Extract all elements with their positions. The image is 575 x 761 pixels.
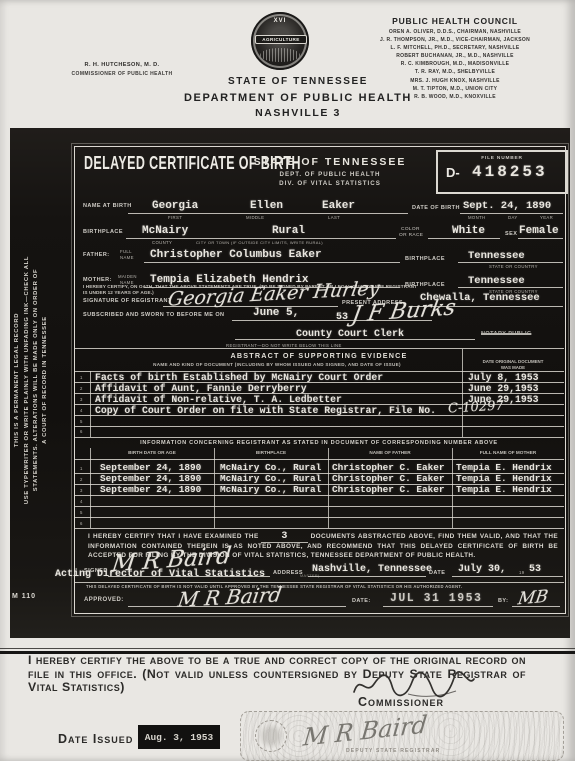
field-label-birthplace: BIRTHPLACE bbox=[83, 229, 123, 235]
rule bbox=[460, 213, 563, 214]
council-member: ROBERT BUCHANAN, JR., M.D., NASHVILLE bbox=[348, 52, 562, 60]
value-sworn-date: June 5, bbox=[253, 307, 299, 319]
rule bbox=[452, 576, 563, 577]
stamp-emblem bbox=[255, 720, 287, 752]
rule bbox=[458, 287, 563, 288]
field-label-sex: SEX bbox=[505, 231, 517, 237]
council-member: J. R. THOMPSON, JR., M.D., VICE-CHAIRMAN… bbox=[348, 36, 562, 44]
info-row-number: 3 bbox=[80, 488, 83, 493]
rule bbox=[428, 238, 500, 239]
approved-date-stamp: JUL 31 1953 bbox=[390, 592, 482, 605]
field-label-approved-date: DATE: bbox=[352, 598, 371, 604]
abstract-col-header-date2: WAS MADE bbox=[462, 365, 564, 370]
value-signed-date: July 30, bbox=[458, 564, 506, 575]
abstract-row-file-number-handwritten: C-10297 bbox=[448, 399, 504, 417]
field-label-mother: MOTHER: bbox=[83, 277, 112, 283]
abstract-row-number: 5 bbox=[80, 419, 83, 424]
field-label-approved-by: BY: bbox=[498, 598, 508, 604]
table-row-rule bbox=[74, 506, 564, 507]
abstract-row-date: June 29,1953 bbox=[468, 383, 539, 394]
margin-notice-line: THIS IS A PERMANENT LEGAL RECORD bbox=[14, 145, 20, 615]
field-label-father: FATHER: bbox=[83, 252, 110, 258]
margin-notice-line: STATEMENTS. ALTERATIONS WILL BE MADE ONL… bbox=[33, 145, 39, 615]
sub-label-full: FULL bbox=[120, 249, 132, 254]
abstract-row-number: 1 bbox=[80, 375, 83, 380]
field-label-date-of-birth: DATE OF BIRTH bbox=[412, 205, 460, 211]
info-col-header-birth: BIRTH DATE OR AGE bbox=[90, 450, 214, 455]
abstract-row-document: Affidavit of Non-relative, T. A. Ledbett… bbox=[95, 394, 342, 405]
council-member: L. F. MITCHELL, PH.D., SECRETARY, NASHVI… bbox=[348, 44, 562, 52]
info-row-birthplace: McNairy Co., Rural bbox=[220, 462, 321, 473]
sub-label-day: DAY bbox=[508, 215, 518, 220]
table-header-rule bbox=[74, 459, 564, 460]
council-member: MRS. J. HUGH KNOX, NASHVILLE bbox=[348, 77, 562, 85]
deputy-title: DEPUTY STATE REGISTRAR bbox=[346, 748, 440, 754]
file-number-prefix: D- bbox=[446, 165, 460, 180]
info-row-mother: Tempia E. Hendrix bbox=[456, 473, 552, 484]
table-column-line bbox=[328, 448, 329, 528]
form-number: M 110 bbox=[12, 593, 36, 600]
council-member: R. B. WOOD, M.D., KNOXVILLE bbox=[348, 93, 562, 101]
value-sworn-year: 53 bbox=[336, 312, 348, 323]
council-member: R. C. KIMBROUGH, M.D., MADISONVILLE bbox=[348, 60, 562, 68]
sub-label-month: MONTH bbox=[468, 215, 486, 220]
info-row-father: Christopher C. Eaker bbox=[332, 462, 445, 473]
seal-banner-agriculture: AGRICULTURE bbox=[255, 35, 307, 44]
sub-label-state-or-country: STATE OR COUNTRY bbox=[489, 264, 538, 269]
value-father-name: Christopher Columbus Eaker bbox=[150, 249, 322, 261]
rule bbox=[518, 238, 563, 239]
sub-label-year: YEAR bbox=[540, 215, 553, 220]
form-state-line: STATE OF TENNESSEE bbox=[240, 156, 420, 168]
info-row-birthdate: September 24, 1890 bbox=[100, 473, 201, 484]
info-row-birthplace: McNairy Co., Rural bbox=[220, 484, 321, 495]
rule bbox=[308, 576, 426, 577]
info-row-birthdate: September 24, 1890 bbox=[100, 462, 201, 473]
validity-note: THIS DELAYED CERTIFICATE OF BIRTH IS NOT… bbox=[86, 584, 562, 589]
abstract-col-header-document: NAME AND KIND OF DOCUMENT (INCLUDING BY … bbox=[94, 362, 460, 367]
date-issued-label: Date Issued bbox=[58, 732, 133, 746]
field-label-notary-public: NOTARY PUBLIC bbox=[481, 331, 531, 337]
council-member: M. T. TIPTON, M.D., UNION CITY bbox=[348, 85, 562, 93]
table-column-line bbox=[452, 448, 453, 528]
abstract-row-number: 6 bbox=[80, 429, 83, 434]
letterhead-commissioner-title: COMMISSIONER OF PUBLIC HEALTH bbox=[42, 71, 202, 77]
abstract-row-number: 4 bbox=[80, 408, 83, 413]
table-column-line bbox=[214, 448, 215, 528]
field-label-signed-address: ADDRESS bbox=[273, 570, 303, 576]
form-div-line: DIV. OF VITAL STATISTICS bbox=[240, 180, 420, 187]
examiner-document-count: 3 bbox=[261, 531, 307, 543]
deputy-registrar-stamp: M R Baird DEPUTY STATE REGISTRAR bbox=[240, 711, 564, 761]
value-birth-county: McNairy bbox=[142, 225, 188, 237]
printed-19: 19 bbox=[519, 570, 524, 575]
council-members: OREN A. OLIVER, D.D.S., CHAIRMAN, NASHVI… bbox=[348, 28, 562, 101]
section-divider bbox=[74, 348, 564, 349]
value-clerk-title: County Court Clerk bbox=[296, 329, 404, 340]
abstract-col-header-date1: DATE ORIGINAL DOCUMENT bbox=[462, 359, 564, 364]
table-bottom-rule bbox=[74, 528, 564, 529]
field-label-approved: APPROVED: bbox=[84, 597, 124, 603]
sub-label-county: COUNTY bbox=[152, 240, 172, 245]
info-row-birthplace: McNairy Co., Rural bbox=[220, 473, 321, 484]
rule bbox=[128, 213, 408, 214]
field-label-name-at-birth: NAME AT BIRTH bbox=[83, 203, 132, 209]
info-row-number: 5 bbox=[80, 510, 83, 515]
form-dept-line: DEPT. OF PUBLIC HEALTH bbox=[240, 171, 420, 178]
date-issued-value: Aug. 3, 1953 bbox=[145, 732, 213, 743]
info-col-header-mother: FULL NAME OF MOTHER bbox=[452, 450, 564, 455]
info-col-header-birthplace: BIRTHPLACE bbox=[214, 450, 328, 455]
sub-label-name: NAME bbox=[120, 255, 134, 260]
field-label-father-birthplace: BIRTHPLACE bbox=[405, 256, 445, 262]
sub-label-city-or-town: CITY OR TOWN (IF OUTSIDE CITY LIMITS, WR… bbox=[196, 240, 323, 245]
abstract-row-document: Facts of birth Established by McNairy Co… bbox=[95, 372, 383, 383]
value-sex: Female bbox=[519, 225, 559, 237]
field-label-subscribed-sworn: SUBSCRIBED AND SWORN TO BEFORE ME ON bbox=[83, 312, 224, 318]
value-father-birthplace: Tennessee bbox=[468, 250, 525, 262]
section-divider bbox=[74, 582, 564, 583]
council-member: T. R. RAY, M.D., SHELBYVILLE bbox=[348, 68, 562, 76]
table-row-rule bbox=[74, 426, 564, 427]
info-row-father: Christopher C. Eaker bbox=[332, 484, 445, 495]
value-mother-birthplace: Tennessee bbox=[468, 275, 525, 287]
table-row-rule bbox=[74, 517, 564, 518]
value-first-name: Georgia bbox=[152, 200, 198, 212]
approved-by-initials: MB bbox=[516, 587, 549, 610]
scanned-certificate-page: XVI AGRICULTURE R. H. HUTCHESON, M. D. C… bbox=[0, 0, 575, 761]
info-row-birthdate: September 24, 1890 bbox=[100, 484, 201, 495]
council-title: PUBLIC HEALTH COUNCIL bbox=[360, 16, 550, 26]
margin-notice-line: A COURT OF RECORD IN TENNESSEE bbox=[42, 145, 48, 615]
info-col-header-father: NAME OF FATHER bbox=[328, 450, 452, 455]
file-number-value: 418253 bbox=[472, 163, 548, 181]
sub-label-middle: MIDDLE bbox=[246, 215, 264, 220]
abstract-row-date: July 8, 1953 bbox=[468, 372, 539, 383]
file-number-box: FILE NUMBER D- 418253 bbox=[436, 150, 568, 194]
examiner-text-pre: I HEREBY CERTIFY THAT I HAVE EXAMINED TH… bbox=[88, 533, 259, 540]
margin-notice-line: USE TYPEWRITER OR WRITE PLAINLY WITH UNF… bbox=[24, 145, 30, 615]
file-number-label: FILE NUMBER bbox=[438, 156, 566, 161]
sub-label-last: LAST bbox=[328, 215, 340, 220]
rule bbox=[458, 262, 563, 263]
table-column-line bbox=[90, 448, 91, 528]
rule bbox=[126, 238, 396, 239]
field-label-color: COLOR bbox=[401, 227, 420, 232]
deputy-signature: M R Baird bbox=[302, 710, 429, 751]
value-middle-name: Ellen bbox=[250, 200, 283, 212]
abstract-row-document: Affidavit of Aunt, Fannie Derryberry bbox=[95, 383, 307, 394]
table-row-rule bbox=[74, 495, 564, 496]
footer-top-rule-thin bbox=[0, 648, 575, 649]
value-signed-year: 53 bbox=[529, 564, 541, 575]
council-member: OREN A. OLIVER, D.D.S., CHAIRMAN, NASHVI… bbox=[348, 28, 562, 36]
sub-label-maiden: MAIDEN bbox=[118, 274, 137, 279]
abstract-row-number: 3 bbox=[80, 397, 83, 402]
rule bbox=[144, 262, 400, 263]
info-title: INFORMATION CONCERNING REGISTRANT AS STA… bbox=[74, 440, 564, 446]
value-last-name: Eaker bbox=[322, 200, 355, 212]
field-label-signed-date: DATE bbox=[429, 570, 445, 576]
info-row-mother: Tempia E. Hendrix bbox=[456, 484, 552, 495]
info-row-number: 6 bbox=[80, 521, 83, 526]
letterhead-city: NASHVILLE 3 bbox=[203, 107, 393, 119]
abstract-row-document: Copy of Court Order on file with State R… bbox=[95, 405, 436, 416]
sub-label-first: FIRST bbox=[168, 215, 182, 220]
field-label-or-race: OR RACE bbox=[399, 233, 423, 238]
section-divider bbox=[74, 437, 564, 438]
date-issued-stamp: Aug. 3, 1953 bbox=[138, 725, 220, 749]
abstract-row-number: 2 bbox=[80, 386, 83, 391]
letterhead-commissioner-name: R. H. HUTCHESON, M. D. bbox=[42, 62, 202, 68]
seal-texture bbox=[260, 48, 300, 62]
state-seal: XVI AGRICULTURE bbox=[251, 12, 309, 70]
commissioner-label: Commissioner bbox=[358, 695, 444, 709]
info-row-father: Christopher C. Eaker bbox=[332, 473, 445, 484]
value-race: White bbox=[452, 225, 485, 237]
value-birth-city: Rural bbox=[272, 225, 305, 237]
info-row-number: 1 bbox=[80, 466, 83, 471]
decor bbox=[354, 672, 474, 697]
value-date-of-birth: Sept. 24, 1890 bbox=[463, 200, 551, 212]
info-row-mother: Tempia E. Hendrix bbox=[456, 462, 552, 473]
field-label-signature-of-registrant: SIGNATURE OF REGISTRANT bbox=[83, 298, 172, 304]
value-signed-address: Nashville, Tennessee bbox=[312, 564, 432, 575]
info-row-number: 4 bbox=[80, 499, 83, 504]
value-signed-title: Acting Director of Vital Statistics bbox=[55, 569, 265, 580]
rule bbox=[383, 606, 493, 607]
seal-numeral: XVI bbox=[251, 18, 309, 24]
info-row-number: 2 bbox=[80, 477, 83, 482]
